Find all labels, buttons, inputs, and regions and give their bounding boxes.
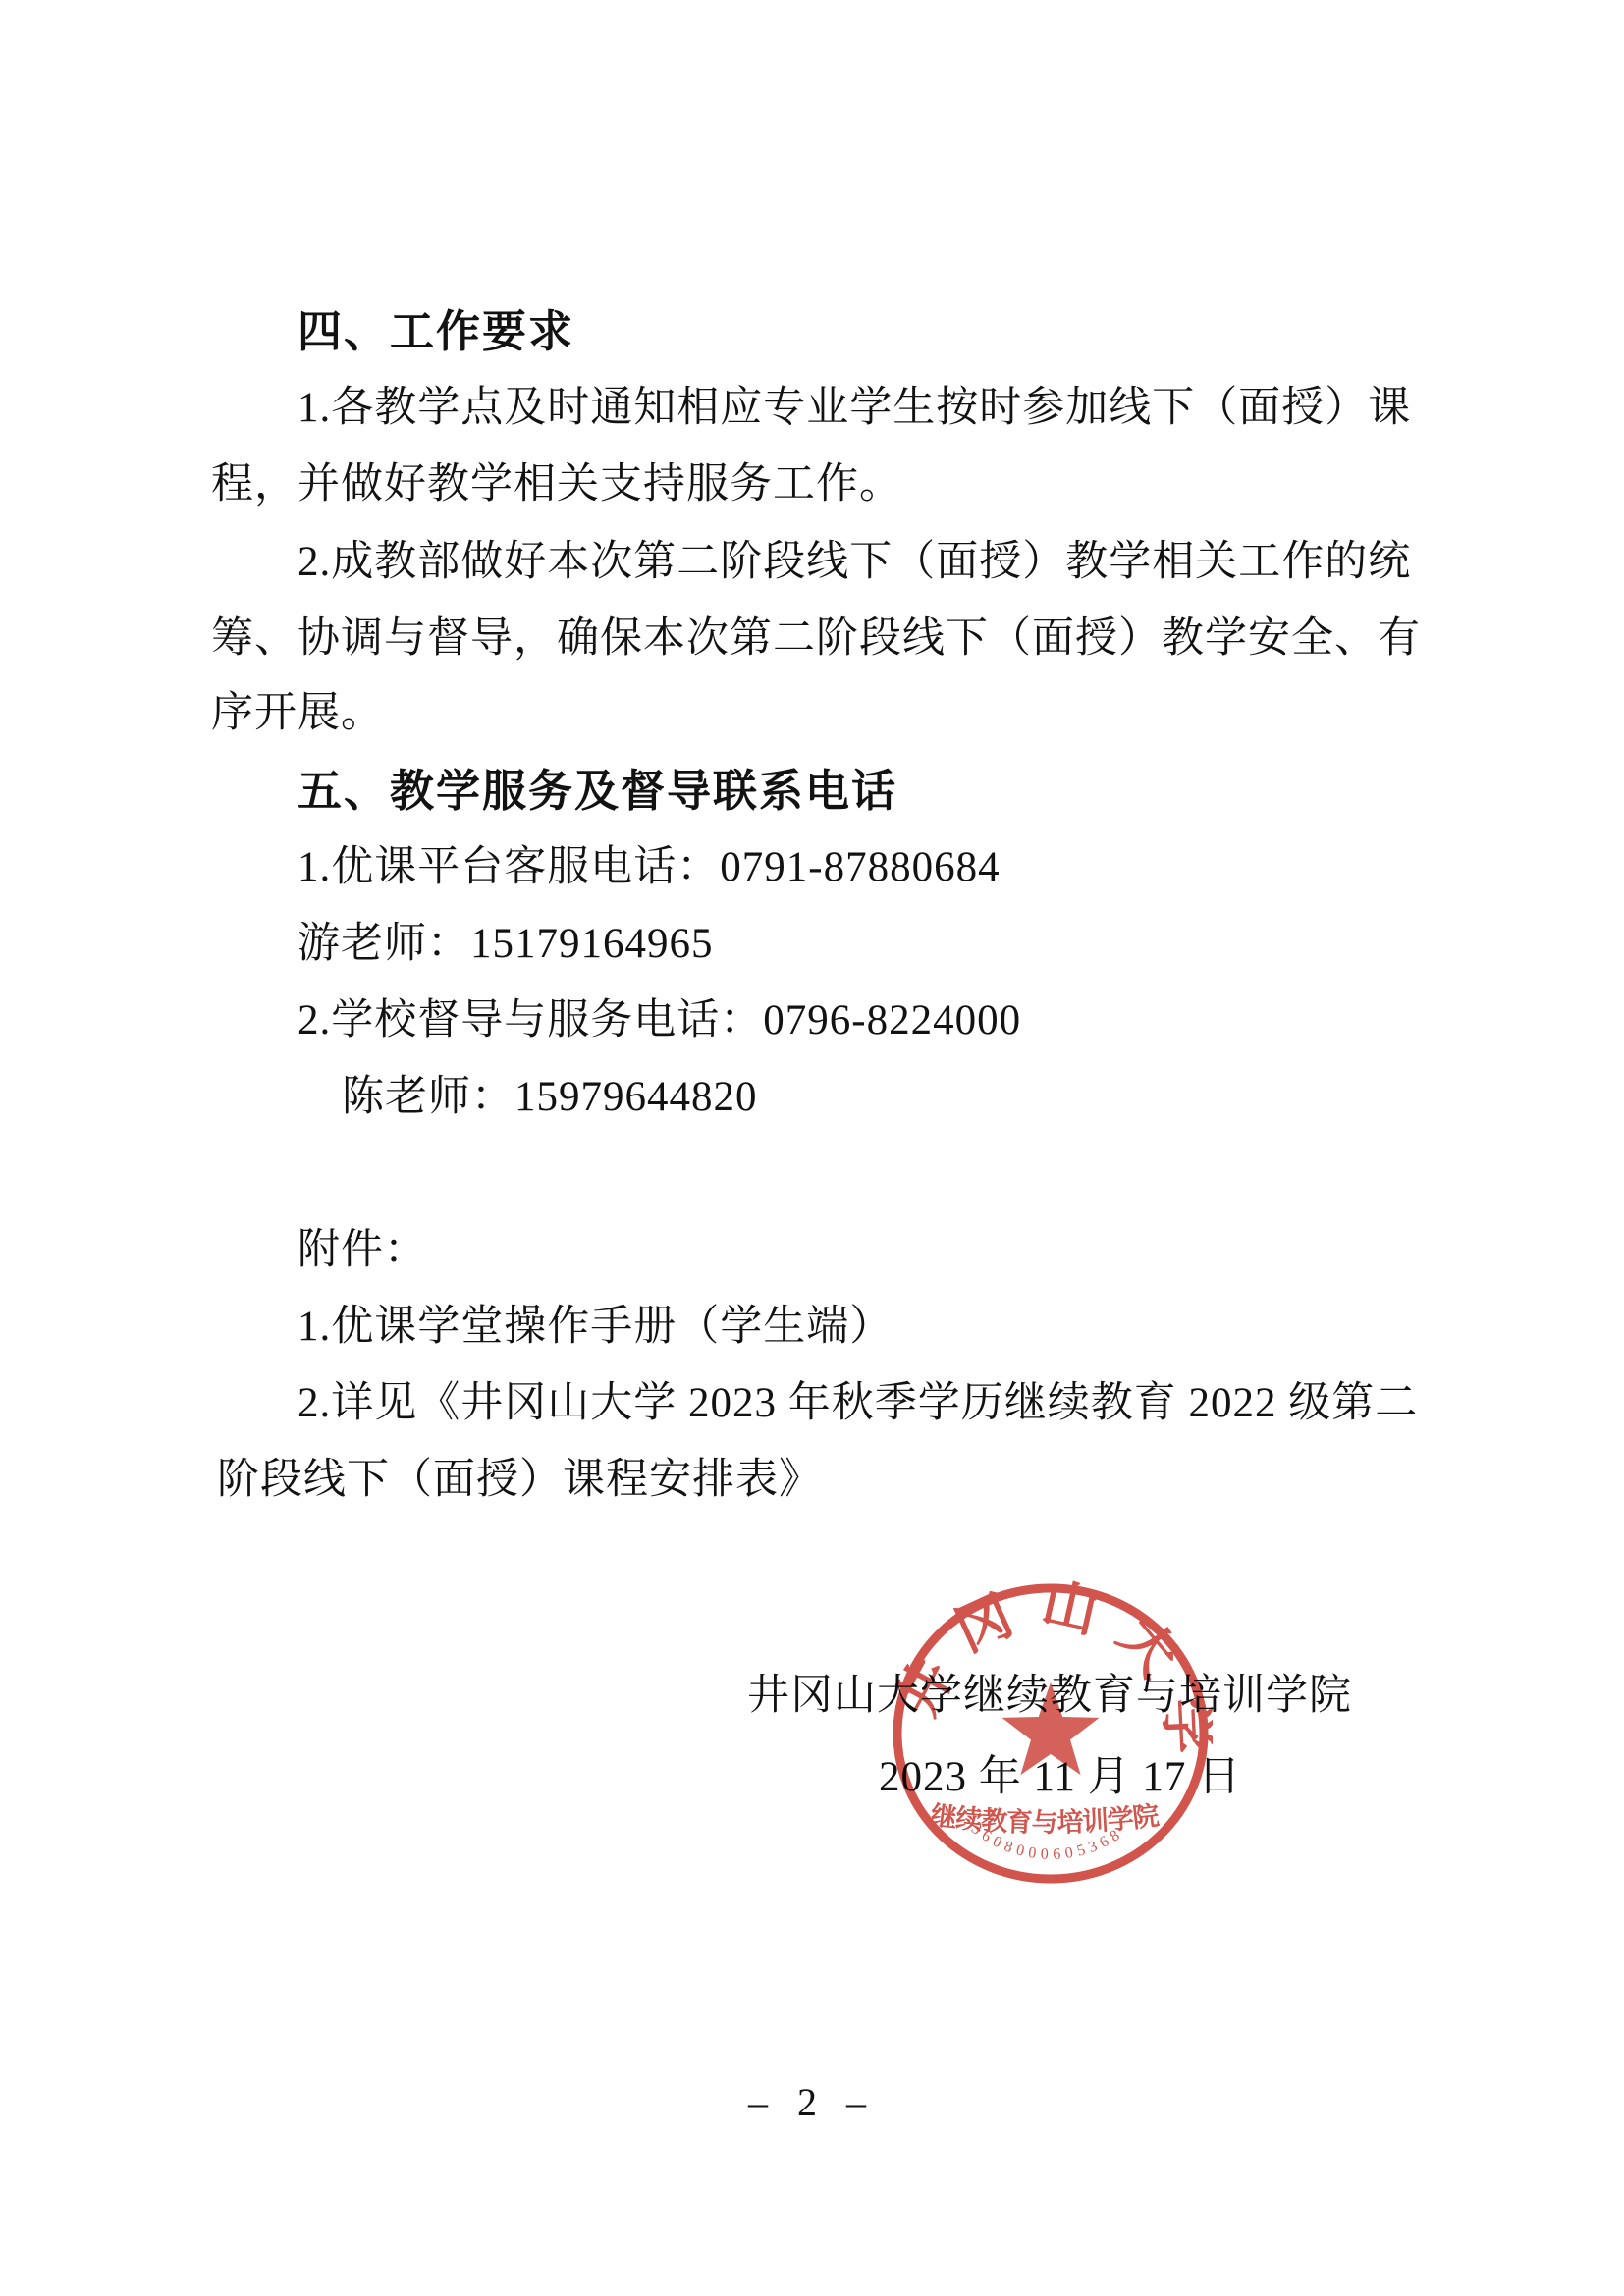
attachment-item2-line2: 阶段线下（面授）课程安排表》 <box>217 1457 822 1503</box>
seal-bottom-text: 继续教育与培训学院 <box>929 1800 1161 1838</box>
section4-heading: 四、工作要求 <box>298 307 574 356</box>
teacher-chen-line: 陈老师：15979644820 <box>342 1074 758 1120</box>
attachment-item2-line1: 2.详见《井冈山大学 2023 年秋季学历继续教育 2022 级第二 <box>298 1380 1418 1426</box>
page-number: – 2 – <box>0 2079 1624 2125</box>
school-phone-line: 2.学校督导与服务电话：0796-8224000 <box>298 997 1021 1043</box>
document-page: 四、工作要求 1.各教学点及时通知相应专业学生按时参加线下（面授）课 程，并做好… <box>0 0 1624 2296</box>
section4-para2-line2: 筹、协调与督导，确保本次第二阶段线下（面授）教学安全、有 <box>211 615 1421 662</box>
section4-para2-line1: 2.成教部做好本次第二阶段线下（面授）教学相关工作的统 <box>298 539 1411 585</box>
teacher-you-line: 游老师：15179164965 <box>298 921 714 967</box>
attachments-label: 附件： <box>298 1227 427 1273</box>
seal-star <box>1002 1682 1100 1775</box>
section4-para1-line2: 程，并做好教学相关支持服务工作。 <box>211 461 902 507</box>
section4-para1-line1: 1.各教学点及时通知相应专业学生按时参加线下（面授）课 <box>298 385 1411 431</box>
section4-para2-line3: 序开展。 <box>211 690 384 736</box>
section5-heading: 五、教学服务及督导联系电话 <box>298 767 897 816</box>
attachment-item1: 1.优课学堂操作手册（学生端） <box>298 1304 893 1350</box>
platform-phone-line: 1.优课平台客服电话：0791-87880684 <box>298 844 1001 890</box>
university-seal: 井冈山大学 继续教育与培训学院 3608000605368 <box>889 1580 1213 1887</box>
